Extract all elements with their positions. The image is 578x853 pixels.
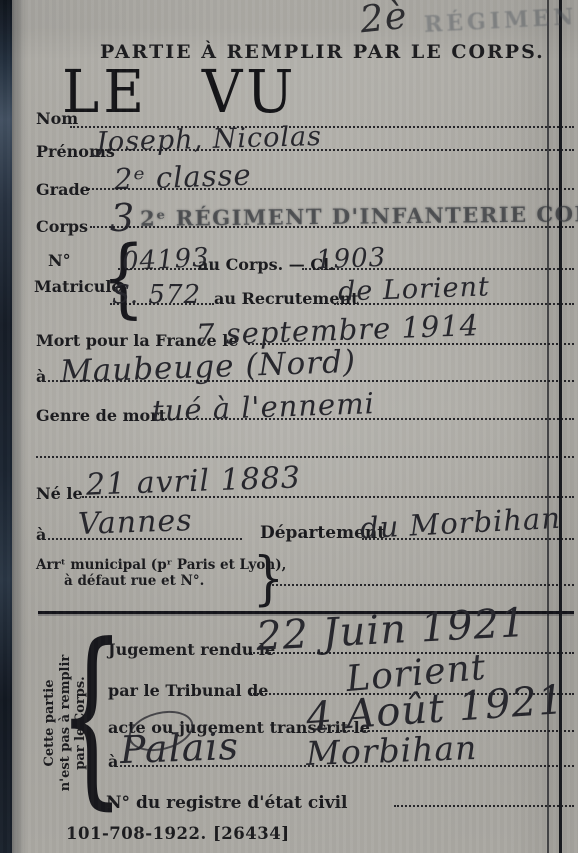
recrutement-dotted: [334, 303, 574, 305]
jugement-label: Jugement rendu le: [108, 640, 275, 659]
ne-lieu-label: à: [36, 525, 46, 544]
genre-mort-label: Genre de mort: [36, 406, 166, 425]
regiment-number-handwritten: 2è: [358, 0, 410, 41]
arr-municipal-brace: }: [253, 551, 284, 605]
au-corps-cl-label: au Corps. — Cl.: [198, 255, 335, 274]
side-note-line1: Cette partie: [42, 637, 58, 809]
prenoms-value: Joseph, Nicolas: [96, 121, 323, 158]
mort-lieu-dotted: [48, 380, 574, 382]
blank-dotted-line: [36, 456, 574, 458]
arr-municipal-dotted: [272, 584, 574, 586]
matricule-label-line1: N°: [48, 251, 71, 270]
military-death-record-scan: 2è RÉGIMEN PARTIE À REMPLIR PAR LE CORPS…: [0, 0, 578, 853]
genre-mort-value: tué à l'ennemi: [151, 386, 375, 428]
regiment-stamp-fragment: RÉGIMEN: [423, 4, 578, 38]
matricule-recrutement-value: S. 572: [112, 280, 201, 310]
ne-lieu-value: Vannes: [77, 503, 193, 542]
transcrit-lieu-dotted: [120, 765, 574, 767]
left-edge-shadow: [12, 0, 26, 853]
ne-label: Né le: [36, 484, 83, 503]
genre-mort-dotted: [162, 418, 574, 420]
mort-lieu-label: à: [36, 367, 46, 386]
classe-dotted: [302, 268, 574, 270]
mort-lieu-value: Maubeuge (Nord): [59, 344, 356, 390]
prenoms-dotted-line: [98, 149, 574, 151]
corps-dotted-line: [90, 226, 574, 228]
classe-value: 1903: [315, 243, 386, 275]
ne-dotted: [82, 496, 574, 498]
transcrit-lieu-label: à: [108, 752, 118, 771]
tribunal-label: par le Tribunal de: [108, 681, 268, 700]
nom-value: LE VU: [62, 58, 298, 127]
arr-municipal-label-line2: à défaut rue et N°.: [64, 573, 204, 589]
corps-label: Corps: [36, 217, 88, 236]
grade-label: Grade: [36, 180, 90, 199]
registre-label: N° du registre d'état civil: [106, 793, 348, 813]
grade-dotted-line: [88, 188, 574, 190]
ne-lieu-dotted: [48, 538, 242, 540]
departement-dotted: [362, 538, 574, 540]
au-recrutement-label: au Recrutement: [214, 289, 359, 308]
left-scan-edge: [0, 0, 12, 853]
arr-municipal-label-line1: Arrᵗ municipal (pʳ Paris et Lyon),: [36, 557, 286, 573]
registre-dotted: [394, 805, 574, 807]
matricule-recrutement-dotted: [110, 303, 214, 305]
grade-value: 2ᵉ classe: [113, 158, 252, 197]
mort-dotted: [248, 343, 574, 345]
footer-print-code: 101-708-1922. [26434]: [66, 824, 290, 843]
